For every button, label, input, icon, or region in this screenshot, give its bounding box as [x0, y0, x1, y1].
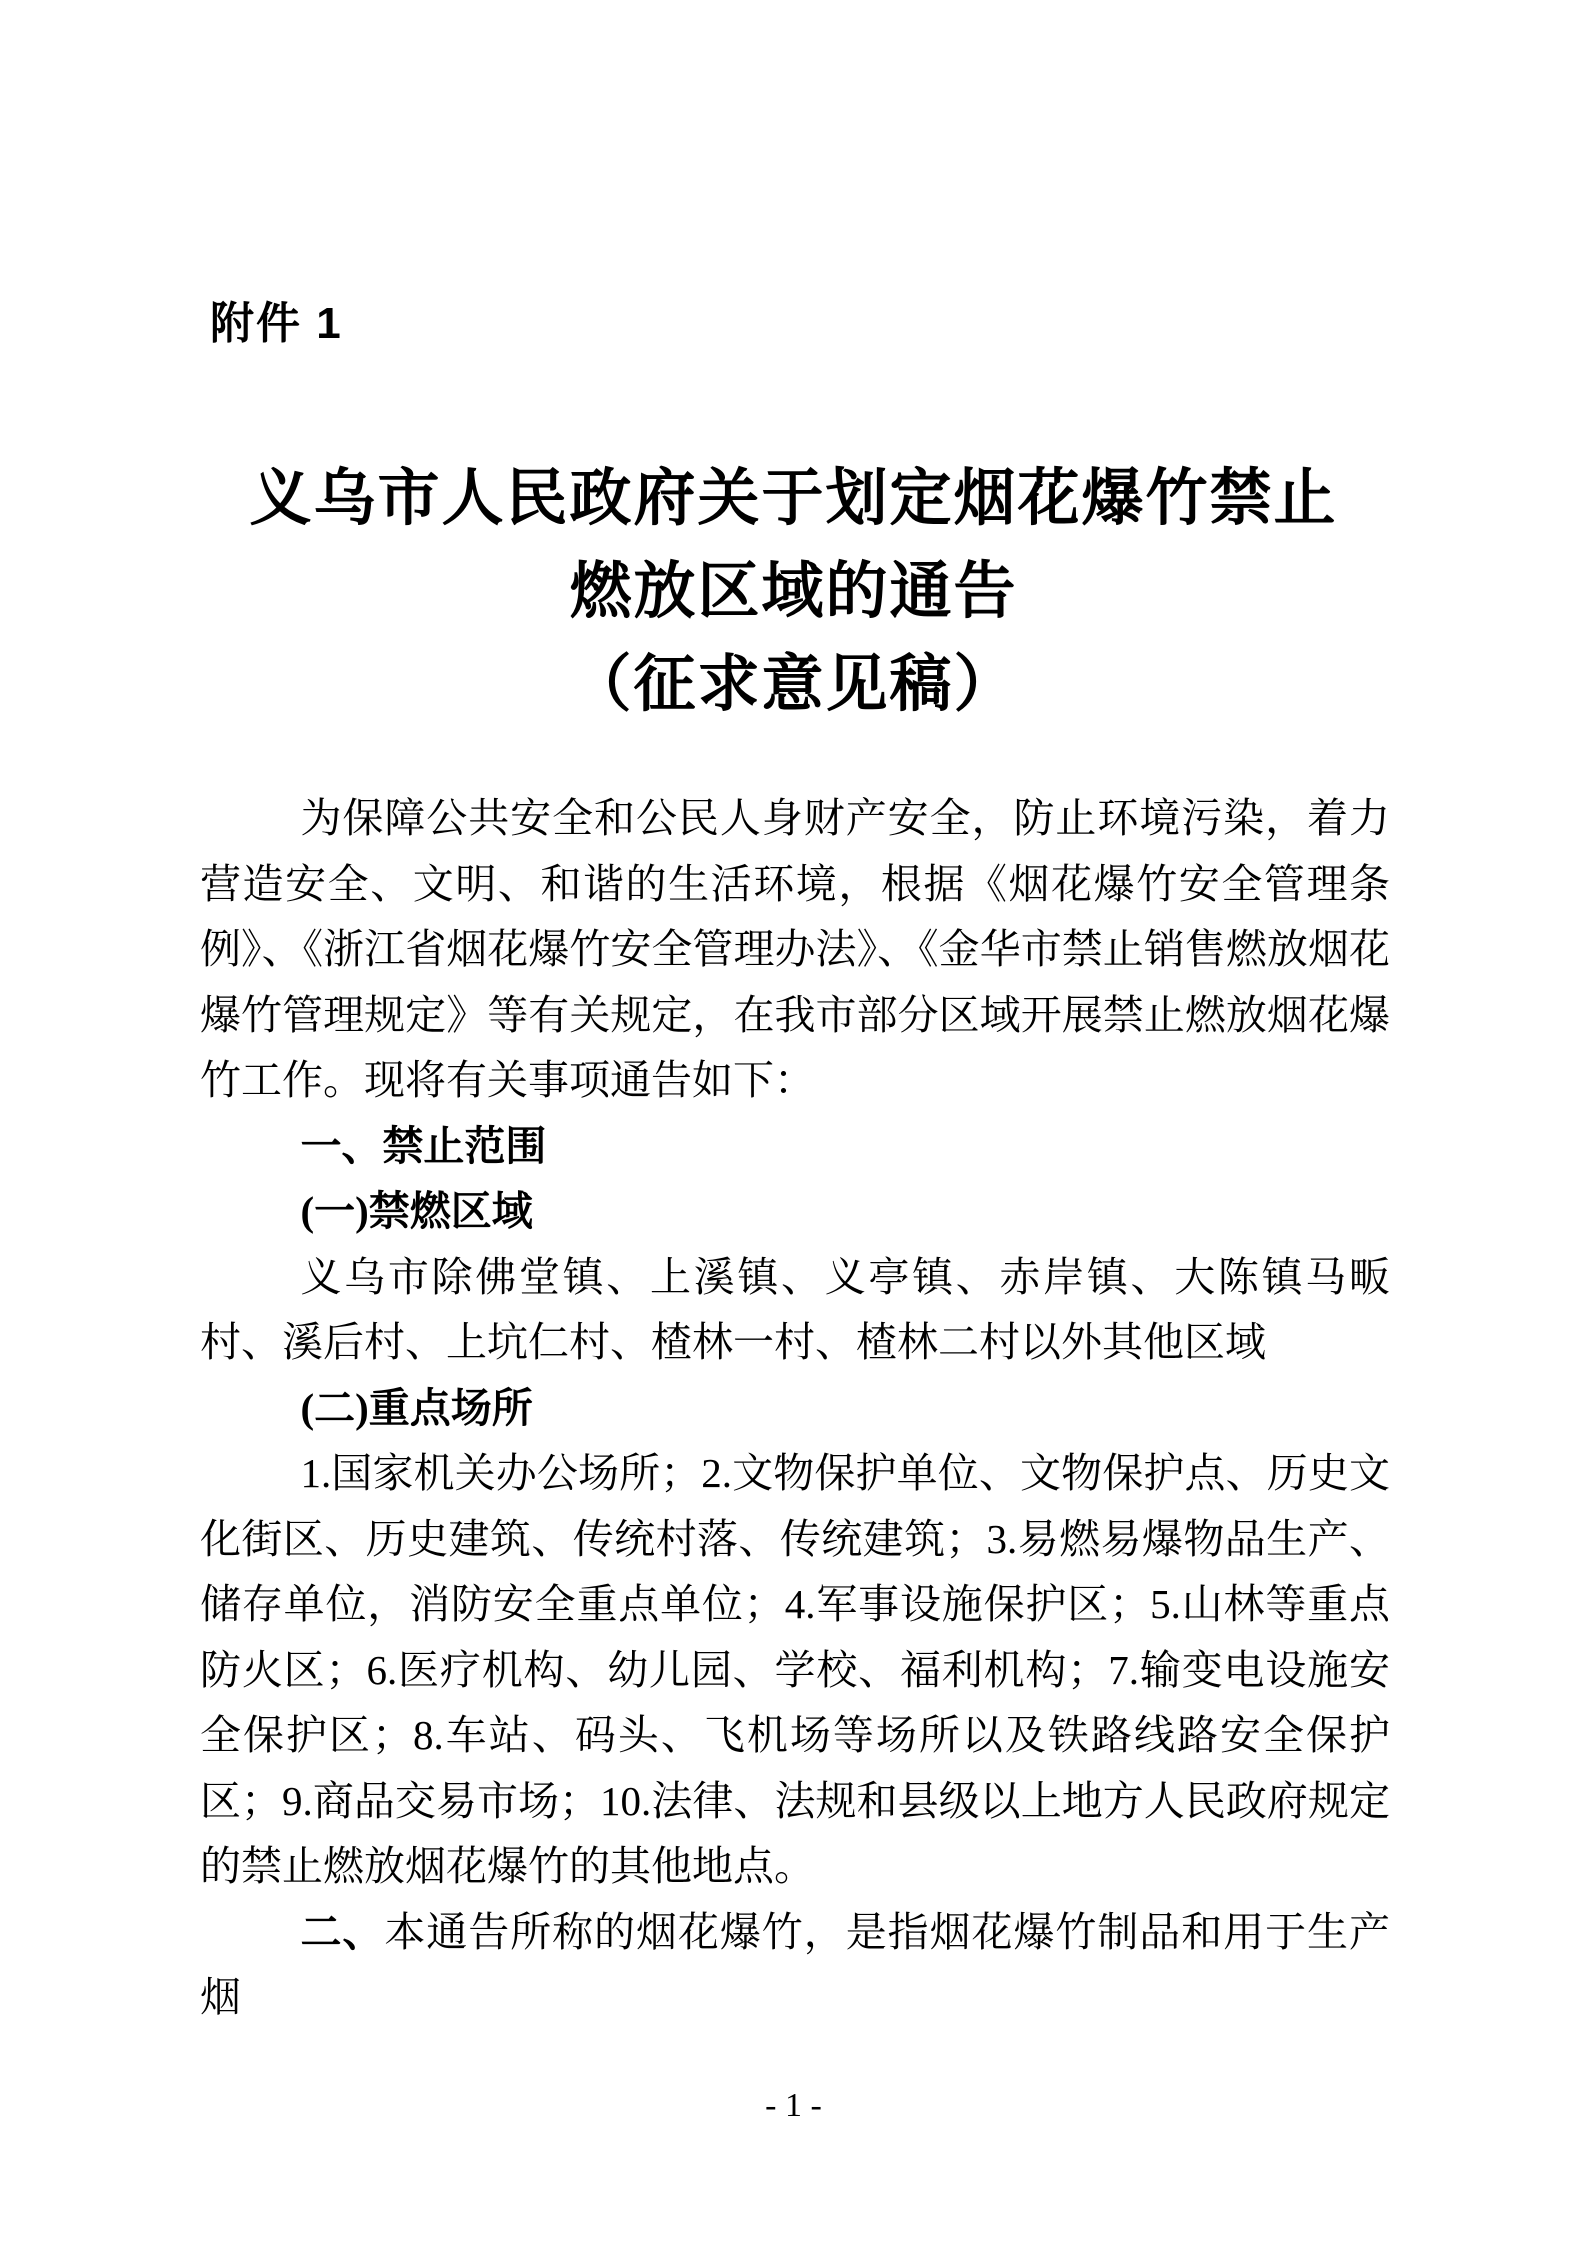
banned-area-paragraph: 义乌市除佛堂镇、上溪镇、义亭镇、赤岸镇、大陈镇马畈村、溪后村、上坑仁村、楂林一村… — [200, 1245, 1390, 1376]
key-places-paragraph: 1.国家机关办公场所；2.文物保护单位、文物保护点、历史文化街区、历史建筑、传统… — [200, 1441, 1390, 1900]
definition-paragraph: 二、本通告所称的烟花爆竹，是指烟花爆竹制品和用于生产烟 — [200, 1900, 1390, 2031]
subsection-heading-key-places: (二)重点场所 — [200, 1376, 1390, 1442]
attachment-label: 附件 1 — [210, 296, 343, 352]
document-page: 附件 1 义乌市人民政府关于划定烟花爆竹禁止 燃放区域的通告 （征求意见稿） 为… — [0, 0, 1587, 2245]
intro-paragraph: 为保障公共安全和公民人身财产安全，防止环境污染，着力营造安全、文明、和谐的生活环… — [200, 786, 1390, 1114]
section-heading-prohibition-scope: 一、禁止范围 — [200, 1114, 1390, 1180]
subsection-heading-banned-area: (一)禁燃区域 — [200, 1179, 1390, 1245]
page-number: - 1 - — [0, 2086, 1587, 2126]
document-title-line-2: 燃放区域的通告 — [100, 545, 1487, 638]
definition-paragraph-number: 二、 — [300, 1909, 384, 1955]
document-body: 为保障公共安全和公民人身财产安全，防止环境污染，着力营造安全、文明、和谐的生活环… — [200, 786, 1390, 2031]
document-title-line-1: 义乌市人民政府关于划定烟花爆竹禁止 — [100, 452, 1487, 545]
document-title-subtitle-draft: （征求意见稿） — [100, 638, 1487, 731]
document-title: 义乌市人民政府关于划定烟花爆竹禁止 燃放区域的通告 （征求意见稿） — [100, 452, 1487, 731]
